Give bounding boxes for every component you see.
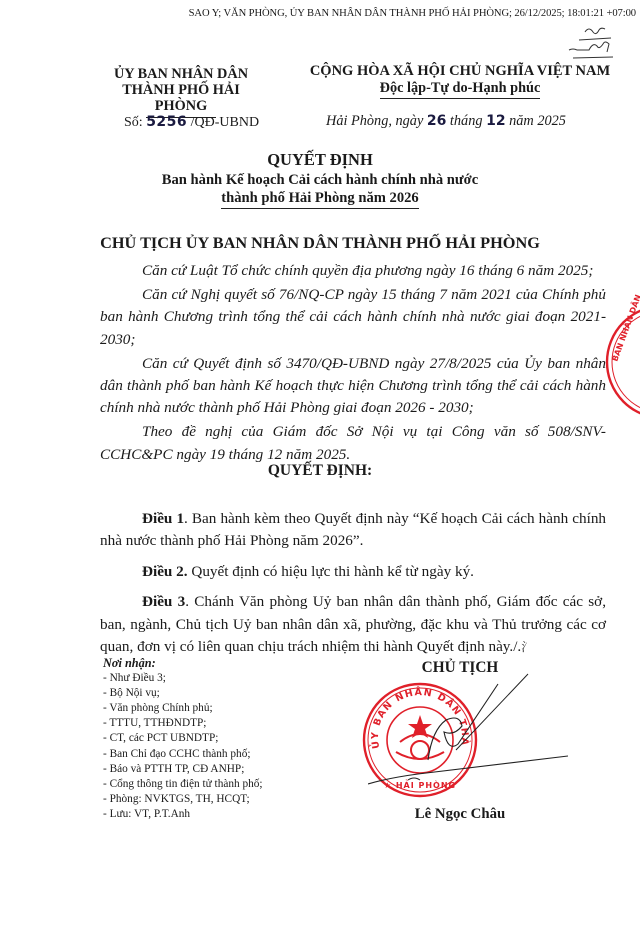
document-number: Số: 5256 /QĐ-UBND — [124, 114, 259, 131]
nation-name: CỘNG HÒA XÃ HỘI CHỦ NGHĨA VIỆT NAM — [300, 63, 620, 80]
issuing-authority: CHỦ TỊCH ỦY BAN NHÂN DÂN THÀNH PHỐ HẢI P… — [0, 233, 640, 253]
legal-basis: Căn cứ Luật Tổ chức chính quyền địa phươ… — [100, 260, 606, 468]
recipient-item: - Như Điều 3; — [103, 671, 263, 686]
handwritten-initials-icon — [555, 24, 615, 60]
document-subtitle: Ban hành Kế hoạch Cải cách hành chính nh… — [0, 171, 640, 209]
recipient-item: - Văn phòng Chính phủ; — [103, 701, 263, 716]
recipient-item: - Lưu: VT, P.T.Anh — [103, 807, 263, 822]
page-overlap-seal-icon: BAN NHÂN DÂN — [603, 292, 640, 432]
recipient-item: - CT, các PCT UBNDTP; — [103, 731, 263, 746]
agency-line-1: ỦY BAN NHÂN DÂN — [96, 66, 266, 82]
legal-basis-item: Căn cứ Nghị quyết số 76/NQ-CP ngày 15 th… — [100, 284, 606, 351]
svg-text:BAN NHÂN DÂN: BAN NHÂN DÂN — [609, 293, 640, 363]
handwritten-mark-icon: ⺡ — [521, 640, 533, 654]
date-month: 12 — [486, 113, 505, 129]
national-motto: Độc lập-Tự do-Hạnh phúc — [380, 80, 541, 99]
recipient-item: - Bộ Nội vụ; — [103, 686, 263, 701]
recipient-item: - Ban Chỉ đạo CCHC thành phố; — [103, 747, 263, 762]
decision-heading: QUYẾT ĐỊNH: — [0, 462, 640, 480]
issuing-agency: ỦY BAN NHÂN DÂN THÀNH PHỐ HẢI PHÒNG — [96, 66, 266, 118]
handwritten-signature-icon — [368, 670, 568, 800]
article-3: Điều 3. Chánh Văn phòng Uỷ ban nhân dân … — [100, 591, 606, 658]
recipient-item: - Báo và PTTH TP, CĐ ANHP; — [103, 762, 263, 777]
legal-basis-item: Căn cứ Quyết định số 3470/QĐ-UBND ngày 2… — [100, 353, 606, 420]
national-heading: CỘNG HÒA XÃ HỘI CHỦ NGHĨA VIỆT NAM Độc l… — [300, 63, 620, 99]
recipient-item: - Cổng thông tin điện tử thành phố; — [103, 777, 263, 792]
signer-name: Lê Ngọc Châu — [360, 806, 560, 823]
date-day: 26 — [427, 113, 446, 129]
document-title: QUYẾT ĐỊNH — [0, 150, 640, 170]
recipients-list: Nơi nhận: - Như Điều 3; - Bộ Nội vụ; - V… — [103, 656, 263, 822]
article-1: Điều 1. Ban hành kèm theo Quyết định này… — [100, 508, 606, 553]
digital-copy-stamp: SAO Y; VĂN PHÒNG, ỦY BAN NHÂN DÂN THÀNH … — [0, 8, 636, 19]
recipients-heading: Nơi nhận: — [103, 656, 263, 671]
place-and-date: Hải Phòng, ngày 26 tháng 12 năm 2025 — [326, 113, 566, 130]
legal-basis-item: Theo đề nghị của Giám đốc Sở Nội vụ tại … — [100, 421, 606, 466]
document-number-value: 5256 — [146, 114, 187, 130]
article-2: Điều 2. Quyết định có hiệu lực thi hành … — [100, 561, 606, 583]
agency-line-2: THÀNH PHỐ HẢI PHÒNG — [96, 82, 266, 114]
recipient-item: - TTTU, TTHĐNDTP; — [103, 716, 263, 731]
legal-basis-item: Căn cứ Luật Tổ chức chính quyền địa phươ… — [100, 260, 606, 282]
articles: Điều 1. Ban hành kèm theo Quyết định này… — [100, 508, 606, 666]
recipient-item: - Phòng: NVKTGS, TH, HCQT; — [103, 792, 263, 807]
